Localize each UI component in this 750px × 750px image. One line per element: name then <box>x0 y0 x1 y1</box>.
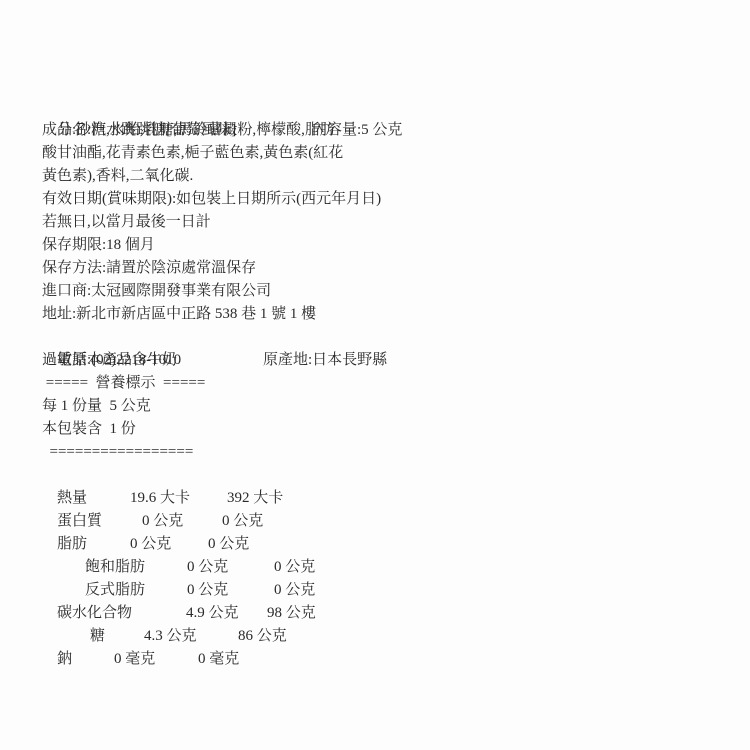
origin: 原產地:日本長野縣 <box>263 349 387 372</box>
value-per-serving: 4.3 公克 <box>144 625 238 648</box>
expiry-date-line-2: 若無日,以當月最後一日計 <box>42 211 722 234</box>
value-per-serving: 0 公克 <box>142 510 222 533</box>
nutrient-name: 飽和脂肪 <box>85 556 187 579</box>
value-per-100g: 86 公克 <box>238 628 287 644</box>
value-per-serving: 0 毫克 <box>114 648 198 671</box>
value-per-serving: 0 公克 <box>187 579 274 602</box>
expiry-date-line-1: 有效日期(賞味期限):如包裝上日期所示(西元年月日) <box>42 188 722 211</box>
nutrition-row-calories: 熱量19.6 大卡392 大卡 <box>42 464 722 487</box>
nutrient-name: 糖 <box>90 625 144 648</box>
value-per-100g: 0 毫克 <box>198 651 239 667</box>
value-per-serving: 0 公克 <box>187 556 274 579</box>
phone-and-origin-row: 電話:(02)2218-1010原產地:日本長野縣 <box>42 326 722 349</box>
product-name-row: 品名:汽水跳跳糖[葡萄風味]內容量:5 公克 <box>42 96 722 119</box>
shelf-life: 保存期限:18 個月 <box>42 234 722 257</box>
nutrient-name: 鈉 <box>57 648 114 671</box>
nutrition-divider: ================= <box>42 441 722 464</box>
nutrient-name: 熱量 <box>57 487 130 510</box>
value-per-100g: 0 公克 <box>208 536 249 552</box>
nutrient-name: 蛋白質 <box>57 510 142 533</box>
value-per-serving: 4.9 公克 <box>186 602 267 625</box>
value-per-100g: 0 公克 <box>274 582 315 598</box>
nutrient-name: 碳水化合物 <box>57 602 186 625</box>
value-per-100g: 0 公克 <box>222 513 263 529</box>
nutrient-name: 反式脂肪 <box>85 579 187 602</box>
nutrition-title: ===== 營養標示 ===== <box>42 372 722 395</box>
servings-per-package: 本包裝含 1 份 <box>42 418 722 441</box>
value-per-100g: 392 大卡 <box>227 490 283 506</box>
value-per-100g: 0 公克 <box>274 559 315 575</box>
serving-size: 每 1 份量 5 公克 <box>42 395 722 418</box>
storage-method: 保存方法:請置於陰涼處常溫保存 <box>42 257 722 280</box>
product-label: 品名:汽水跳跳糖[葡萄風味]內容量:5 公克 成分:砂糖,水飴,乳糖,馬鈴薯澱粉… <box>42 96 722 648</box>
nutrient-name: 脂肪 <box>57 533 130 556</box>
importer: 進口商:太冠國際開發事業有限公司 <box>42 280 722 303</box>
value-per-serving: 19.6 大卡 <box>130 487 227 510</box>
value-per-serving: 0 公克 <box>130 533 208 556</box>
ingredients-line-3: 黃色素),香料,二氧化碳. <box>42 165 722 188</box>
value-per-100g: 98 公克 <box>267 605 316 621</box>
address: 地址:新北市新店區中正路 538 巷 1 號 1 樓 <box>42 303 722 326</box>
ingredients-line-2: 酸甘油酯,花青素色素,梔子藍色素,黃色素(紅花 <box>42 142 722 165</box>
